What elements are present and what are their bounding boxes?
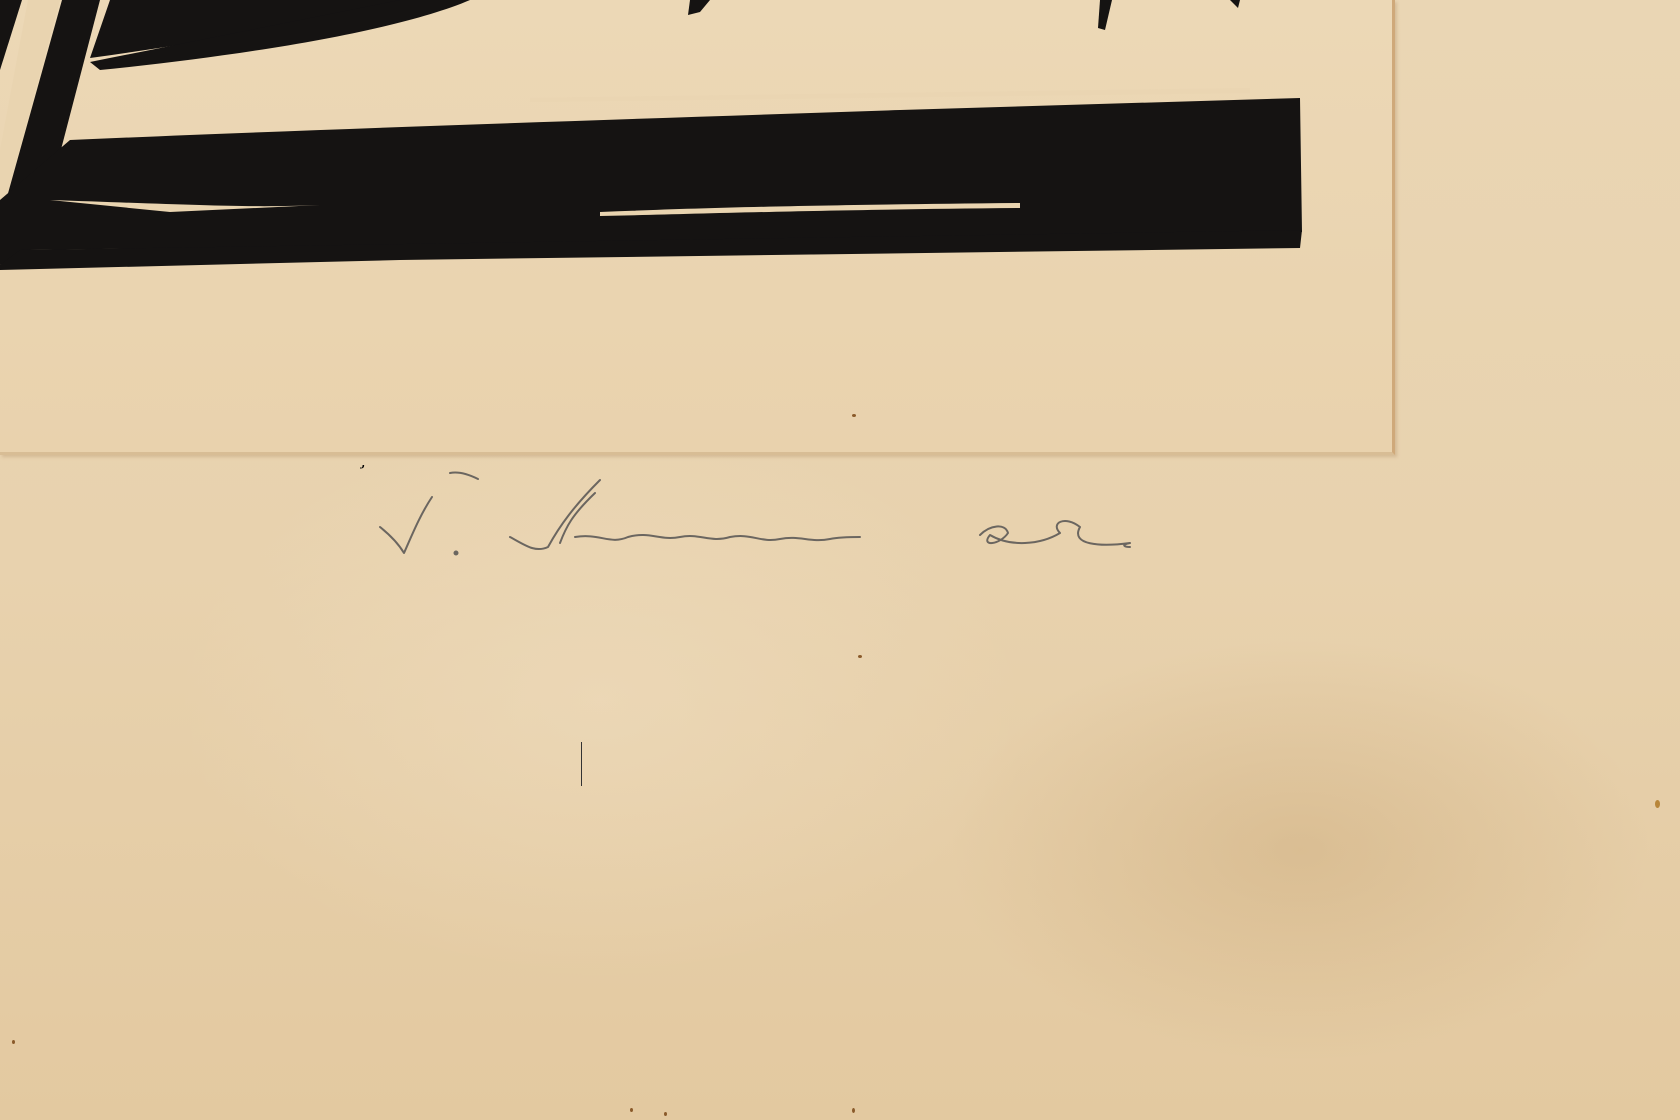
print-plate-area <box>0 0 1395 455</box>
pencil-signature: J. Shomel <box>360 465 1200 575</box>
foxing-speck <box>852 1108 855 1113</box>
foxing-speck <box>630 1108 633 1112</box>
woodcut-ink-strokes <box>0 0 1392 452</box>
signature-text: J. Shomel <box>360 465 436 469</box>
foxing-speck <box>12 1040 15 1044</box>
foxing-speck <box>1655 800 1660 808</box>
foxing-speck <box>858 655 862 658</box>
foxing-speck <box>664 1112 667 1116</box>
foxing-speck <box>852 414 856 417</box>
paper-scratch <box>581 742 582 786</box>
paper-sheet: J. Shomel <box>0 0 1680 1120</box>
